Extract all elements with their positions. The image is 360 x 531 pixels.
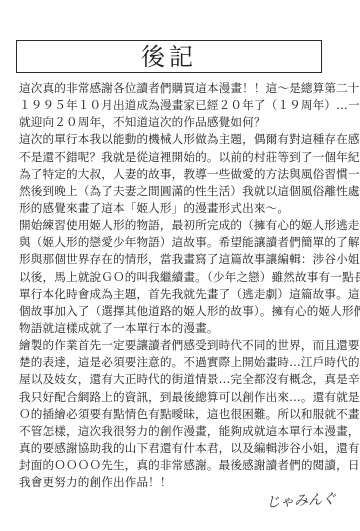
- body-line: 與（姬人形的戀愛少年物語）這故事。希望能讓讀者們簡單的了解姬人: [19, 234, 349, 251]
- body-line: １９９５年１０月出道成為漫畫家已經２０年了（１９周年）…一年後: [19, 97, 349, 114]
- body-line: 形與那個世界存在的情形，當我畫寫了這篇故事讓編輯：涉谷小姐看了: [19, 251, 349, 268]
- body-line: 個故事加入了（選擇其他道路的姬人形的故事）。擁有心的姬人形們的: [19, 303, 349, 320]
- body-line: 這次的單行本我以能動的機械人形做為主題，偶爾有對這種存在感覺是: [19, 131, 349, 148]
- body-line: 為了特定的大叔，人妻的故事，教導一些做愛的方法與風俗習慣一類: [19, 166, 349, 183]
- body-line: 不是還不錯呢？我就是從這裡開始的。以前的村莊等到了一個年紀就會: [19, 149, 349, 166]
- body-line: 我只好配合網路上的資訊，到最後總算可以創作出來…。還有就是姬: [19, 389, 349, 406]
- body-line: 以後，馬上就說ＧＯ的叫我繼續畫。（少年之戀）雖然故事有一點長，: [19, 269, 349, 286]
- body-line: 封面的ＯＯＯＯ先生，真的非常感謝。最後感謝讀者們的閱讀，日後: [19, 457, 349, 474]
- body-line: 楚的表達，這是必須要注意的。不過實際上開始畫時…江戶時代的居家: [19, 354, 349, 371]
- author-signature: じゃみんぐ: [266, 488, 337, 512]
- afterword-page: 後記 這次真的非常感謝各位讀者們購買這本漫畫！！這～是總算第二十四冊。 １９９５…: [0, 0, 360, 531]
- body-line: 開始練習使用姬人形的物語，最初所完成的（擁有心的姬人形逃走劇）: [19, 217, 349, 234]
- body-line: 然後到晚上（為了夫妻之間圓滿的性生活）我就以這個風俗離性處理人: [19, 183, 349, 200]
- body-line: 繪製的作業首先一定要讓讀者們感受到時代不同的世界，而且還要清: [19, 337, 349, 354]
- body-line: 形的感覺來畫了這本「姬人形」的漫畫形式出來～。: [19, 200, 349, 217]
- page-title: 後記: [141, 45, 197, 69]
- body-line: 這次真的非常感謝各位讀者們購買這本漫畫！！這～是總算第二十四冊。: [19, 80, 349, 97]
- body-line: Ｏ的插繪必須要有點情色有點曖昧，這也很困難。所以和服就不畫了。: [19, 406, 349, 423]
- body-line: 我會更努力的創作出作品！！: [19, 474, 349, 491]
- body-line: 不管怎樣，這次我很努力的創作漫畫，能夠成就這本單行本漫畫，我: [19, 423, 349, 440]
- title-box: 後記: [16, 40, 322, 73]
- body-line: 物語就這樣成就了一本單行本的漫畫。: [19, 320, 349, 337]
- afterword-body: 這次真的非常感謝各位讀者們購買這本漫畫！！這～是總算第二十四冊。 １９９５年１０…: [19, 80, 349, 491]
- body-line: 真的要感謝協助我的山下君還有什本君，以及編輯涉谷小姐，還有畫: [19, 440, 349, 457]
- body-line: 就迎向２０周年，不知道這次的作品感覺如何？: [19, 114, 349, 131]
- body-line: 屋以及妓女，還有大正時代的街道情景…完全都沒有概念，真是辛苦。: [19, 371, 349, 388]
- body-line: 單行本化時會成為主題，首先我就先畫了（逃走劇）這篇故事。這兩: [19, 286, 349, 303]
